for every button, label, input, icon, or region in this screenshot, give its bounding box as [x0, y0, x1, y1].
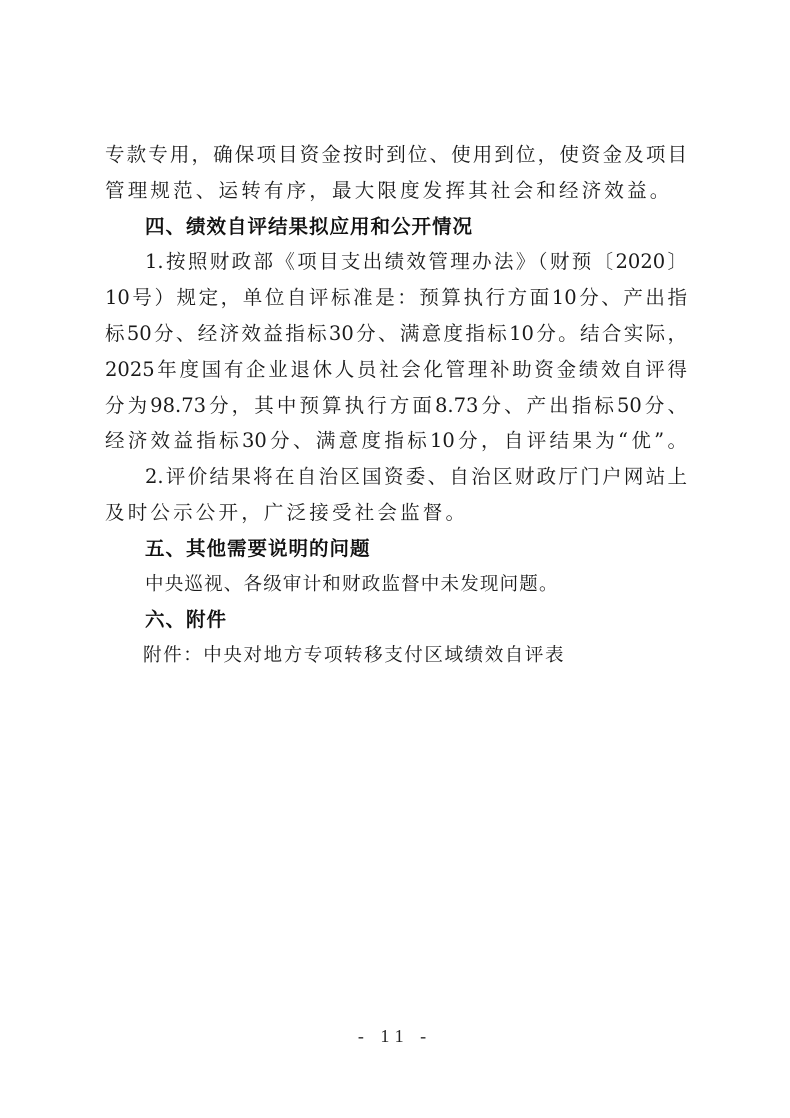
paragraph-line: 1.按照财政部《项目支出绩效管理办法》（财预〔2020〕: [105, 244, 687, 280]
document-body: 专款专用，确保项目资金按时到位、使用到位，使资金及项目 管理规范、运转有序，最大…: [105, 137, 687, 674]
attachment-line: 附件：中央对地方专项转移支付区域绩效自评表: [105, 638, 687, 674]
paragraph-line: 标50分、经济效益指标30分、满意度指标10分。结合实际，: [105, 316, 687, 352]
page-number: - 11 -: [0, 1026, 790, 1047]
paragraph-line: 及时公示公开，广泛接受社会监督。: [105, 495, 687, 531]
paragraph-line: 管理规范、运转有序，最大限度发挥其社会和经济效益。: [105, 173, 687, 209]
paragraph-line: 分为98.73分，其中预算执行方面8.73分、产出指标50分、: [105, 388, 687, 424]
paragraph-line: 2025年度国有企业退休人员社会化管理补助资金绩效自评得: [105, 352, 687, 388]
paragraph-line: 专款专用，确保项目资金按时到位、使用到位，使资金及项目: [105, 137, 687, 173]
paragraph-line: 中央巡视、各级审计和财政监督中未发现问题。: [105, 567, 687, 603]
paragraph-line: 经济效益指标30分、满意度指标10分，自评结果为“优”。: [105, 423, 687, 459]
section-heading-5: 五、其他需要说明的问题: [105, 531, 687, 567]
section-heading-6: 六、附件: [105, 602, 687, 638]
paragraph-line: 10号）规定，单位自评标准是：预算执行方面10分、产出指: [105, 280, 687, 316]
section-heading-4: 四、绩效自评结果拟应用和公开情况: [105, 209, 687, 245]
paragraph-line: 2.评价结果将在自治区国资委、自治区财政厅门户网站上: [105, 459, 687, 495]
